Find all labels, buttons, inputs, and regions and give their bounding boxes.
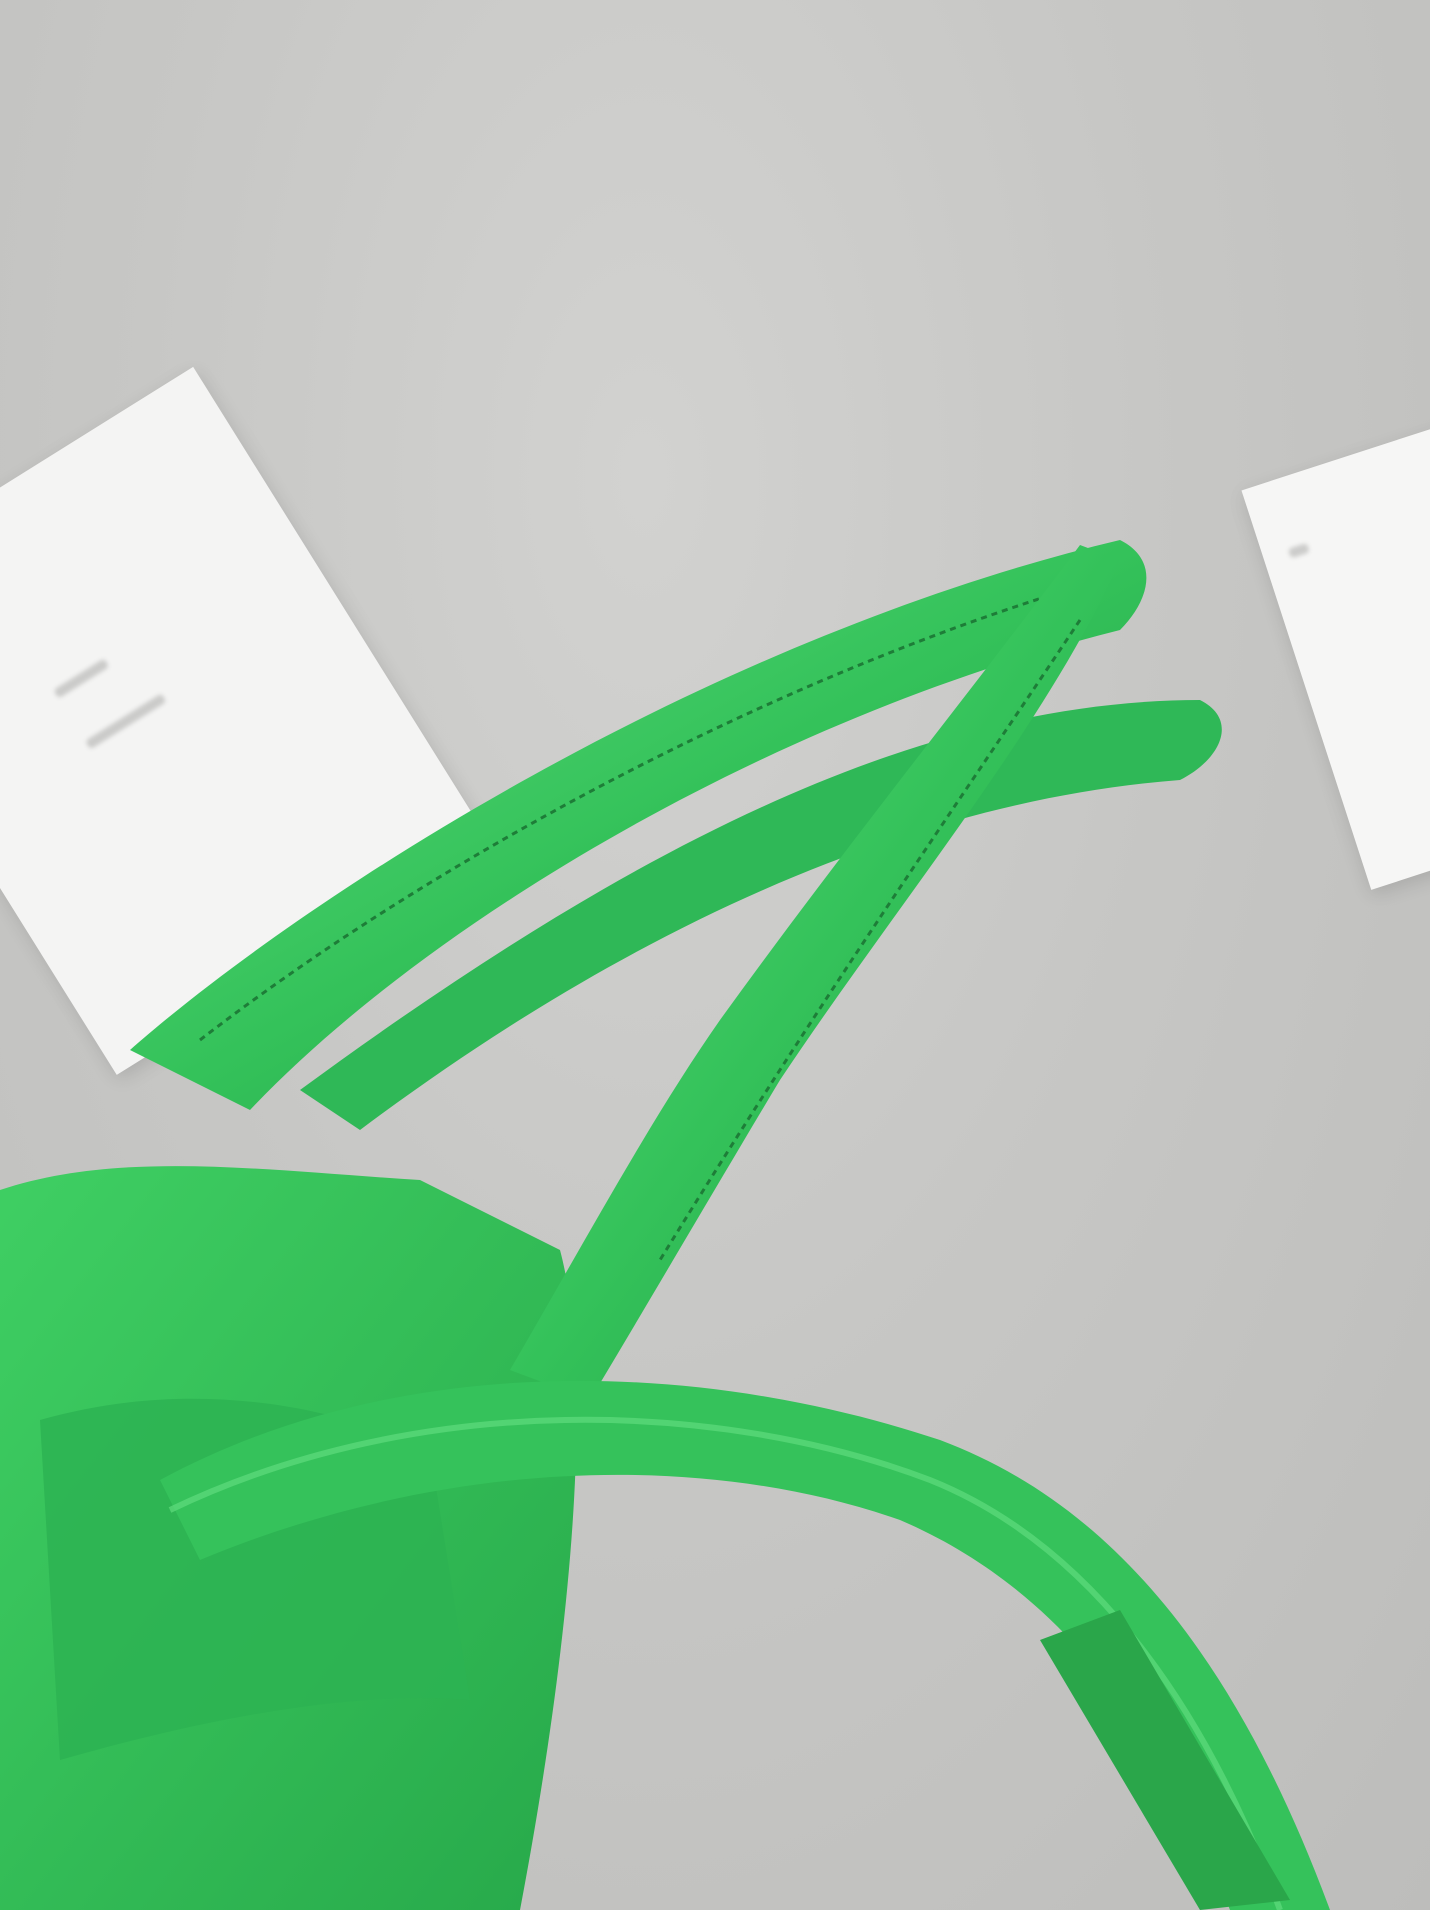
photo-scene: Close-up photo of a bright green leather…: [0, 0, 1430, 1910]
front-handle: [130, 540, 1146, 1110]
green-bag: [0, 0, 1430, 1910]
